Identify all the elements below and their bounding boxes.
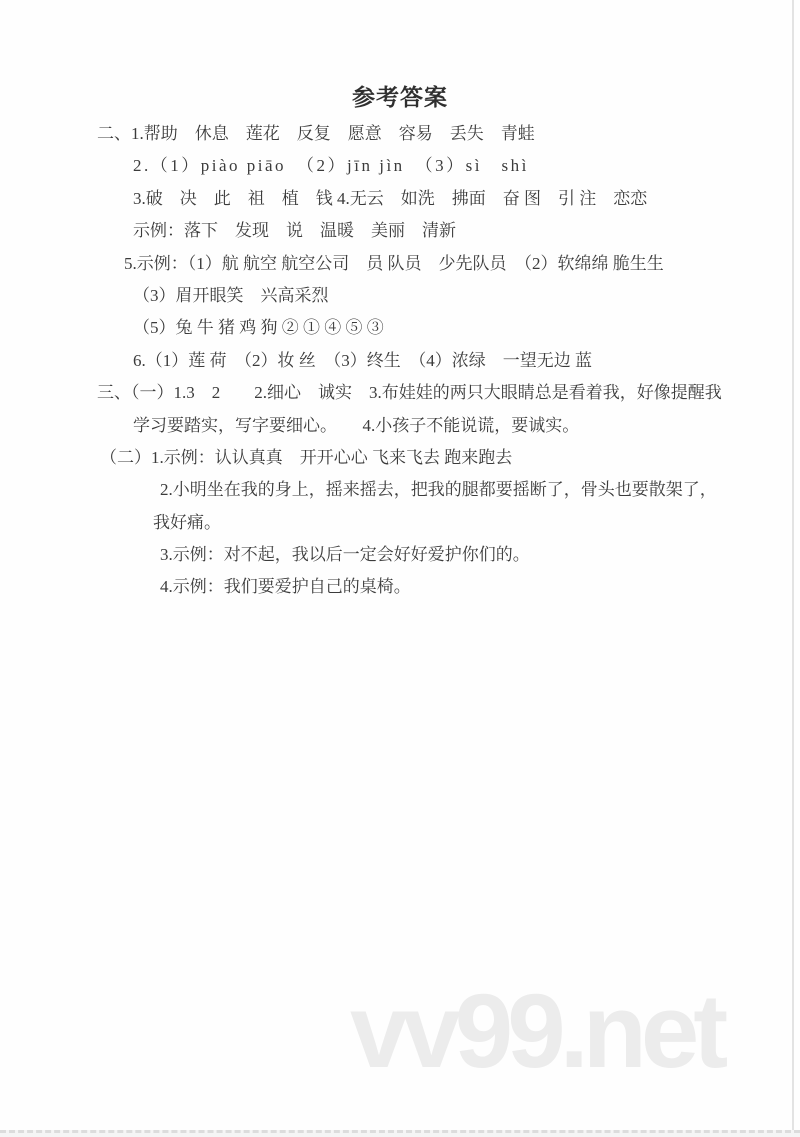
answers-block: 二、1.帮助 休息 莲花 反复 愿意 容易 丢失 青蛙 2.（1）piào pi… <box>0 118 800 604</box>
answer-line: 2.小明坐在我的身上，摇来摇去，把我的腿都要摇断了，骨头也要散架了， <box>0 474 800 506</box>
answer-line: 5.示例：（1）航 航空 航空公司 员 队员 少先队员 （2）软绵绵 脆生生 <box>0 248 800 280</box>
answer-line: 4.示例：我们要爱护自己的桌椅。 <box>0 571 800 603</box>
page-edge-divider <box>792 0 794 1137</box>
answer-line: （3）眉开眼笑 兴高采烈 <box>0 280 800 312</box>
answer-line-pinyin: 2.（1）piào piāo （2）jīn jìn （3）sì shì <box>0 150 800 182</box>
watermark-text: vv99.net <box>350 972 722 1092</box>
answer-line: 二、1.帮助 休息 莲花 反复 愿意 容易 丢失 青蛙 <box>0 118 800 150</box>
page-title: 参考答案 <box>0 0 800 112</box>
answer-line: 我好痛。 <box>0 507 800 539</box>
answer-line: 3.破 决 此 祖 植 钱 4.无云 如洗 拂面 奋 图 引 注 恋恋 <box>0 183 800 215</box>
answer-line: 学习要踏实，写字要细心。 4.小孩子不能说谎，要诚实。 <box>0 410 800 442</box>
answer-line: （5）兔 牛 猪 鸡 狗 ② ① ④ ⑤ ③ <box>0 312 800 344</box>
page-break-divider <box>0 1130 800 1137</box>
answer-line: 6.（1）莲 荷 （2）妆 丝 （3）终生 （4）浓绿 一望无边 蓝 <box>0 345 800 377</box>
document-page: 参考答案 二、1.帮助 休息 莲花 反复 愿意 容易 丢失 青蛙 2.（1）pi… <box>0 0 800 1137</box>
answer-line: 3.示例：对不起，我以后一定会好好爱护你们的。 <box>0 539 800 571</box>
answer-line: （二）1.示例：认认真真 开开心心 飞来飞去 跑来跑去 <box>0 442 800 474</box>
answer-line: 三、（一）1.3 2 2.细心 诚实 3.布娃娃的两只大眼睛总是看着我，好像提醒… <box>0 377 800 409</box>
answer-line: 示例：落下 发现 说 温暖 美丽 清新 <box>0 215 800 247</box>
